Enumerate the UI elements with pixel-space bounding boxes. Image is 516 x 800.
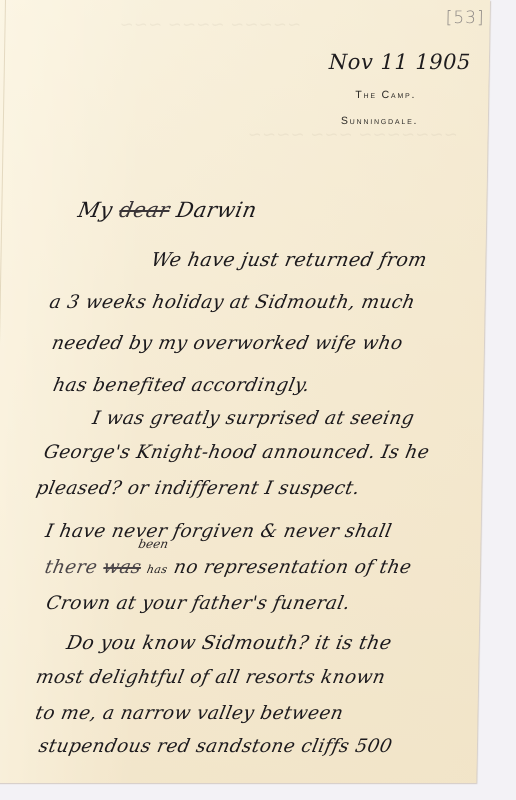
letter-line: to me, a narrow valley between — [34, 703, 346, 724]
letterhead-address-line-2: Sunningdale. — [341, 115, 419, 127]
letter-line: George's Knight-hood announced. Is he — [42, 442, 431, 463]
salutation: My dear Darwin — [76, 198, 259, 222]
line-prefix: there — [43, 557, 99, 578]
letter-line: We have just returned from — [149, 249, 429, 271]
letter-line: I have never forgiven & never shall — [44, 521, 394, 542]
letter-line: has benefited accordingly. — [51, 375, 311, 396]
letter-page: ~~~~~ ~~~~ ~~~ ~~~~~~~ ~~~ ~~~~ [53] Nov… — [0, 0, 490, 783]
letter-line: pleased? or indifferent I suspect. — [34, 478, 361, 499]
letter-line: needed by my overworked wife who — [50, 333, 405, 354]
letter-line: stupendous red sandstone cliffs 500 — [37, 736, 394, 757]
ink-bleed-through: ~~~~~ ~~~~ ~~~ — [118, 15, 303, 35]
salutation-name: Darwin — [174, 198, 259, 222]
caret-insertion: has — [146, 563, 169, 576]
letter-line: most delightful of all resorts known — [34, 667, 387, 688]
ink-bleed-through: ~~~~~~~ ~~~ ~~~~ — [246, 125, 459, 145]
struck-word: was — [101, 557, 143, 578]
letter-line-with-correction: there was has no representation of the — [43, 557, 413, 578]
letter-line: I was greatly surprised at seeing — [91, 408, 416, 429]
letter-line: Do you know Sidmouth? it is the — [65, 632, 394, 654]
paper-fold-line — [0, 0, 6, 783]
salutation-prefix: My — [76, 198, 115, 222]
letterhead-address-line-1: The Camp. — [355, 89, 416, 101]
letter-date: Nov 11 1905 — [329, 50, 471, 74]
letter-line: Crown at your father's funeral. — [44, 593, 352, 614]
line-remainder: no representation of the — [172, 557, 413, 578]
inserted-word-above-line: been — [137, 537, 169, 551]
salutation-struck-word: dear — [117, 198, 172, 222]
letter-line: a 3 weeks holiday at Sidmouth, much — [48, 292, 417, 313]
archive-page-number: [53] — [446, 8, 485, 28]
